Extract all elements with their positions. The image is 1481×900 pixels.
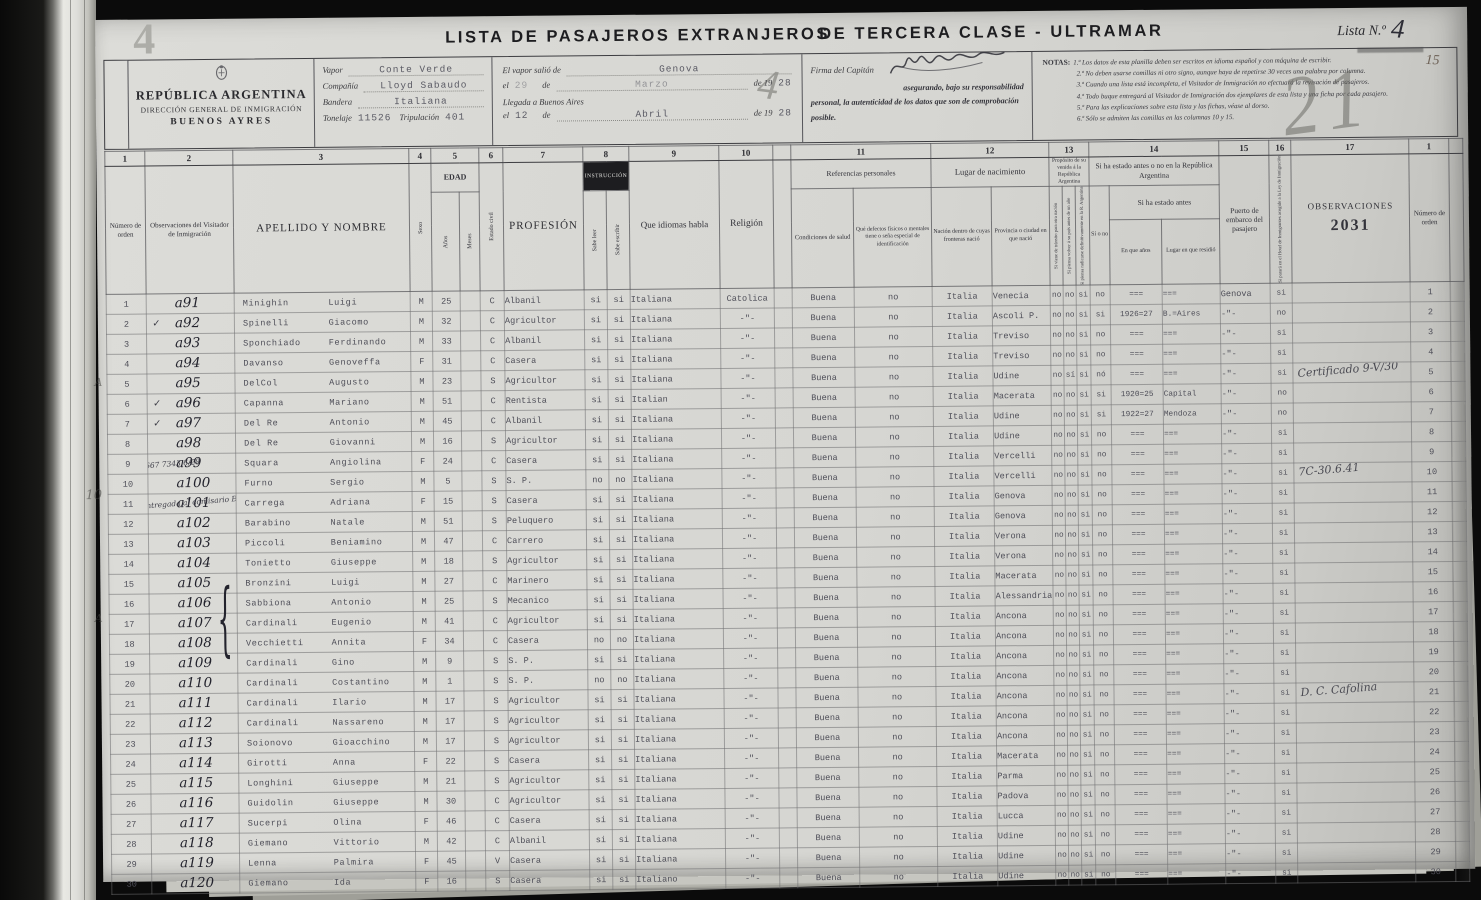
cell-gap [779,768,797,788]
cell-salud: Buena [797,828,859,849]
given-name: Eugenio [331,617,371,627]
cell-sabe-escribir: si [613,870,636,890]
cell-numero: 27 [111,814,151,834]
cell-en-que-anos: === [1114,685,1166,705]
handwritten-code: a109 [178,655,212,671]
cell-profesion: Agricultor [504,310,584,331]
brace-mark: { [217,575,233,668]
cell-sabe-leer: si [585,410,608,430]
cell-estado-civil: C [483,571,507,591]
cell-sexo: M [412,512,434,532]
surname: Del Re [236,418,325,429]
cell-observaciones: 7C-30.6.41 [1294,462,1412,483]
cell-hotel: si [1273,583,1295,603]
header-sabe-leer: Sabe leer [583,190,607,290]
cell-anos: 32 [432,311,460,331]
given-name: Angiolina [330,457,382,467]
cell-provincia: Verona [995,546,1053,567]
cell-provincia: Udine [997,846,1055,867]
given-name: Olina [333,817,362,827]
cell-visitador-obs: a91 [146,294,234,315]
cell-volver: sí [1064,365,1077,385]
cell-sexo: F [415,752,437,772]
surname: Cardinali [238,658,327,669]
cell-sabe-escribir: si [607,290,630,310]
given-name: Mariano [329,397,369,407]
cell-en-que-anos: === [1113,545,1165,565]
cell-sexo: M [411,392,433,412]
cell-religion: -"- [722,528,776,549]
cell-provincia: Macerata [995,566,1053,587]
cell-meses [465,771,485,791]
cell-estado-civil: C [481,391,505,411]
cell-edge [1454,702,1468,722]
cell-numero: 15 [109,574,149,594]
cell-en-que-anos: === [1115,845,1167,865]
cell-meses [461,431,481,451]
cell-hotel: si [1270,283,1292,303]
cell-estuvo-antes: nó [1091,365,1111,385]
surname: Squara [236,458,325,469]
cell-sabe-leer: si [588,730,611,750]
cell-estuvo-antes: no [1095,845,1115,865]
cell-en-que-anos: === [1110,285,1162,305]
cell-numero-2: 29 [1416,842,1456,862]
cell-sabe-leer: si [585,330,608,350]
cell-sabe-escribir: si [608,350,631,370]
colnum: 15 [1219,140,1269,155]
cell-volver: no [1068,825,1081,845]
de19-label: de 19 [754,78,773,88]
cell-sabe-escribir: si [610,570,633,590]
cell-salud: Buena [797,808,859,829]
cell-name: Guidolin Giuseppe [239,792,415,814]
cell-profesion: Agricultor [505,430,585,451]
cell-edge [1451,382,1465,402]
colnum [1449,138,1463,153]
cell-salud: Buena [797,768,859,789]
handwritten-code: a106 [178,595,212,611]
tripulacion-value: 401 [445,111,465,122]
cell-nacion: Italia [934,466,994,487]
cell-puerto: -"- [1225,764,1275,784]
cell-meses [462,471,482,491]
cell-nacion: Italia [936,726,996,747]
cell-estuvo-antes: no [1094,725,1114,745]
cell-observaciones [1293,402,1411,423]
cell-defectos: no [857,547,935,568]
cell-sabe-escribir: si [612,810,635,830]
cell-estado-civil: C [483,611,507,631]
cell-en-que-anos: === [1115,785,1167,805]
handwritten-code: a102 [177,515,211,531]
cell-provincia: Udine [998,866,1056,887]
cell-sexo: F [415,812,437,832]
cell-profesion: Peluquero [506,510,586,531]
cell-defectos: no [856,487,934,508]
cell-anos: 25 [432,291,460,311]
cell-volver: no [1065,465,1078,485]
cell-anos: 5 [434,471,462,491]
cell-radicarse: si [1081,845,1095,865]
cell-lugar-residio: === [1166,684,1224,705]
cell-observaciones [1295,542,1413,563]
cell-defectos: no [857,627,935,648]
cell-estuvo-antes: no [1095,785,1115,805]
de-label: de [542,110,550,120]
cell-idioma: Italiana [634,649,724,670]
cell-hotel: no [1271,403,1293,423]
cell-gap [778,728,796,748]
page-number-mark: 4 [133,13,155,64]
cell-en-que-anos: === [1114,665,1166,685]
cell-sabe-escribir: si [611,650,634,670]
cell-salud: Buena [794,468,856,489]
cell-numero: 21 [110,694,150,714]
cell-numero: 23 [110,734,150,754]
cell-meses [463,551,483,571]
cell-name: Giemano Ida [240,872,416,894]
margin-pencil-mark: 10 [85,488,102,503]
compania-label: Compañía [323,80,359,90]
cell-nacion: Italia [937,766,997,787]
cell-edge [1456,862,1470,882]
surname: Soionovo [239,738,328,749]
cell-puerto: -"- [1226,844,1276,864]
cell-numero-2: 21 [1414,682,1454,702]
cell-sexo: F [411,352,433,372]
cell-religion: -"- [722,488,776,509]
cell-en-que-anos: === [1114,705,1166,725]
cell-anos: 46 [437,811,465,831]
cell-sexo: M [415,792,437,812]
cell-en-que-anos: 1920=25 [1111,385,1163,405]
cell-meses [463,591,483,611]
cell-sabe-escribir: si [612,850,635,870]
cell-sexo: F [416,872,438,892]
handwritten-code: a112 [179,715,213,731]
cell-name: Squara Angiolina [236,452,412,474]
cell-puerto: -"- [1222,484,1272,504]
handwritten-code: a98 [176,435,201,451]
cell-transito: no [1053,626,1066,646]
cell-anos: 31 [433,351,461,371]
cell-idioma: Italiana [631,409,721,430]
cell-puerto: -"- [1222,464,1272,484]
cell-visitador-obs: a111 [150,694,238,715]
surname: Tonietto [237,558,326,569]
cell-name: Lenna Palmira [240,852,416,874]
cell-idioma: Italiana [635,809,725,830]
cell-en-que-anos: === [1114,645,1166,665]
cell-sabe-leer: si [587,550,610,570]
cell-radicarse: si [1080,685,1094,705]
header-profesion: PROFESIÓN [503,162,584,291]
tonelaje-value: 11526 [358,112,392,123]
cell-salud: Buena [795,588,857,609]
surname: Sucerpi [240,818,329,829]
cell-nacion: Italia [932,306,992,327]
cell-transito: no [1051,346,1064,366]
cell-numero: 28 [111,834,151,854]
header-proposito-1: Si viene de tránsito para otra nación [1049,186,1063,286]
cell-gap [777,628,795,648]
cell-transito: no [1055,806,1068,826]
cell-salud: Buena [796,648,858,669]
cell-nacion: Italia [937,846,997,867]
cell-hotel: si [1275,803,1297,823]
cell-radicarse: si [1079,585,1093,605]
dep-month: Marzo [635,78,669,89]
cell-en-que-anos: === [1112,505,1164,525]
check-mark: ✓ [154,417,161,431]
cell-idioma: Italiana [632,489,722,510]
cell-volver: no [1068,845,1081,865]
header-estado-antes: Si ha estado antes o no en la República … [1089,156,1219,186]
vapor-value: Conte Verde [379,64,453,76]
cell-transito: no [1051,366,1064,386]
cell-volver: no [1066,605,1079,625]
cell-edge [1453,582,1467,602]
given-name: Genoveffa [329,357,381,367]
cell-estado-civil: C [482,531,506,551]
surname: Piccoli [237,538,326,549]
cell-numero-2: 22 [1414,702,1454,722]
cell-estado-civil: C [481,351,505,371]
handwritten-code: a100 [176,475,210,491]
cell-en-que-anos: === [1113,585,1165,605]
cell-estuvo-antes: no [1091,325,1111,345]
cell-gap [775,348,793,368]
cell-observaciones [1294,442,1412,463]
cell-estado-civil: S [484,731,508,751]
colnum: 14 [1089,141,1219,157]
cell-sexo: M [413,552,435,572]
cell-puerto: -"- [1221,424,1271,444]
cell-numero: 2 [106,314,146,334]
cell-profesion: Carrero [506,530,586,551]
cell-sabe-escribir: si [607,310,630,330]
cell-provincia: Verona [994,526,1052,547]
cell-salud: Buena [793,388,855,409]
header-edad: EDAD [431,163,479,192]
cell-salud: Buena [795,548,857,569]
cell-transito: no [1051,386,1064,406]
cell-transito: no [1056,866,1069,886]
cell-hotel: si [1273,543,1295,563]
cell-edge [1452,482,1466,502]
cell-lugar-residio: === [1165,544,1223,565]
cell-sabe-escribir: si [612,790,635,810]
cell-puerto: -"- [1223,544,1273,564]
cell-edge [1455,762,1469,782]
cell-idioma: Italiana [635,749,725,770]
cell-lugar-residio: === [1165,604,1223,625]
cell-name: Davanso Genoveffa [235,352,411,374]
cell-sexo: M [414,652,436,672]
cell-estado-civil: S [485,751,509,771]
cell-numero: 5 [107,374,147,394]
cell-estado-civil: S [483,551,507,571]
cell-hotel: si [1271,343,1293,363]
cell-profesion: Mecanico [507,590,587,611]
cell-sabe-leer: si [589,750,612,770]
cell-radicarse: si [1076,285,1090,305]
cell-estuvo-antes: no [1093,545,1113,565]
cell-sexo: M [411,412,433,432]
given-name: Augusto [329,377,369,387]
cell-nacion: Italia [933,386,993,407]
cell-radicarse: si [1078,505,1092,525]
cell-gap [779,808,797,828]
cell-observaciones: D. C. Cafolina [1296,682,1414,703]
given-name: Gioacchino [333,737,391,748]
cell-anos: 41 [435,611,463,631]
cell-salud: Buena [794,528,856,549]
cell-edge [1455,802,1469,822]
authority-name: REPÚBLICA ARGENTINA [129,87,314,104]
cell-transito: no [1054,726,1067,746]
cell-nacion: Italia [936,646,996,667]
cell-estuvo-antes: no [1093,605,1113,625]
header-religion: Religión [719,160,774,289]
cell-radicarse: si [1076,325,1090,345]
cell-hotel: si [1276,863,1298,883]
handwritten-observacion: 7C-30.6.41 [1298,462,1360,479]
cell-estuvo-antes: no [1096,865,1116,885]
cell-numero: 10 [108,474,148,494]
cell-provincia: Venecia [992,286,1050,307]
handwritten-code: a94 [175,355,200,371]
cell-numero-2: 20 [1414,662,1454,682]
cell-profesion: S. P. [508,670,588,691]
cell-transito: no [1055,786,1068,806]
cell-name: Longhini Giuseppe [239,772,415,794]
surname: Longhini [239,778,328,789]
cell-sabe-leer: si [590,870,613,890]
cell-edge [1451,402,1465,422]
cell-anos: 22 [437,751,465,771]
lista-number-label: Lista N.º [1337,24,1386,40]
header-proposito-2: Si piensa volver á su país antes de un a… [1062,186,1076,286]
cell-profesion: Casera [509,810,589,831]
de-label: de [542,80,550,90]
cell-observaciones [1295,582,1413,603]
cell-observaciones [1292,302,1410,323]
cell-hotel: si [1272,463,1294,483]
cell-radicarse: si [1080,725,1094,745]
cell-observaciones [1292,282,1410,303]
table-header: 1 2 3 4 5 6 7 8 9 10 11 12 13 14 15 16 [105,138,1464,294]
cell-transito: no [1054,646,1067,666]
cell-idioma: Italiana [635,789,725,810]
given-name: Natale [330,517,365,527]
cell-meses [464,731,484,751]
surname: Cardinali [238,678,327,689]
cell-name: Vecchietti Annita [237,632,413,654]
cell-visitador-obs: a104 [149,554,237,575]
handwritten-code: a120 [180,875,214,891]
cell-provincia: Udine [993,426,1051,447]
vapor-label: Vapor [322,65,342,75]
cell-en-que-anos: === [1113,565,1165,585]
cell-visitador-obs: a114 [151,754,239,775]
handwritten-observacion: Certificado 9-V/30 [1297,362,1399,380]
cell-idioma: Italiana [635,849,725,870]
cell-lugar-residio: === [1167,804,1225,825]
cell-numero: 26 [111,794,151,814]
passenger-list-sheet: 4 LISTA DE PASAJEROS EXTRANJEROS DE TERC… [95,7,1475,882]
header-condiciones-salud: Condiciones de salud [791,188,854,288]
cell-hotel: si [1276,843,1298,863]
given-name: Antonio [330,417,370,427]
cell-profesion: Casera [506,490,586,511]
cell-transito: no [1055,746,1068,766]
cell-sabe-leer: si [588,650,611,670]
cell-meses [463,631,483,651]
cell-visitador-obs: a93 [147,334,235,355]
cell-estuvo-antes: no [1092,445,1112,465]
salio-label: El vapor salió de [502,65,560,76]
cell-gap [778,688,796,708]
surname: Cardinali [239,698,328,709]
margin-cell [104,61,129,149]
cell-meses [460,291,480,311]
cell-observaciones [1294,502,1412,523]
tonelaje-label: Tonelaje [323,113,352,123]
cell-profesion: Rentista [505,390,585,411]
cell-volver: no [1065,485,1078,505]
cell-sexo: M [414,692,436,712]
cell-gap [775,388,793,408]
cell-observaciones [1294,482,1412,503]
cell-nacion: Italia [934,446,994,467]
cell-nacion: Italia [934,526,994,547]
header-idiomas: Que idiomas habla [629,161,720,290]
cell-sabe-leer: si [585,390,608,410]
given-name: Gino [332,657,355,667]
cell-estado-civil: C [481,331,505,351]
cell-meses [462,451,482,471]
cell-nacion: Italia [932,286,992,307]
cell-hotel: si [1274,663,1296,683]
cell-meses [464,651,484,671]
cell-nacion: Italia [934,506,994,527]
cell-numero: 4 [107,354,147,374]
given-name: Ida [334,877,351,887]
cell-transito: no [1051,406,1064,426]
cell-name: Sucerpi Olina [239,812,415,834]
cell-name: Piccoli Beniamino [236,532,412,554]
cell-name: Bronzini Luigi [237,572,413,594]
cell-estado-civil: C [482,451,506,471]
cell-profesion: Casera [509,750,589,771]
dep-year: 28 [778,77,792,88]
cell-radicarse: si [1079,625,1093,645]
cell-numero-2: 2 [1410,302,1450,322]
cell-meses [464,711,484,731]
cell-idioma: Italiana [630,289,720,310]
cell-anos: 15 [434,491,462,511]
cell-radicarse: si [1081,825,1095,845]
cell-nacion: Italia [935,566,995,587]
cell-hotel: si [1272,503,1294,523]
cell-meses [466,871,486,891]
surname: Del Re [236,438,325,449]
cell-estuvo-antes: si [1090,305,1110,325]
cell-hotel: no [1271,383,1293,403]
cell-radicarse: si [1082,865,1096,885]
